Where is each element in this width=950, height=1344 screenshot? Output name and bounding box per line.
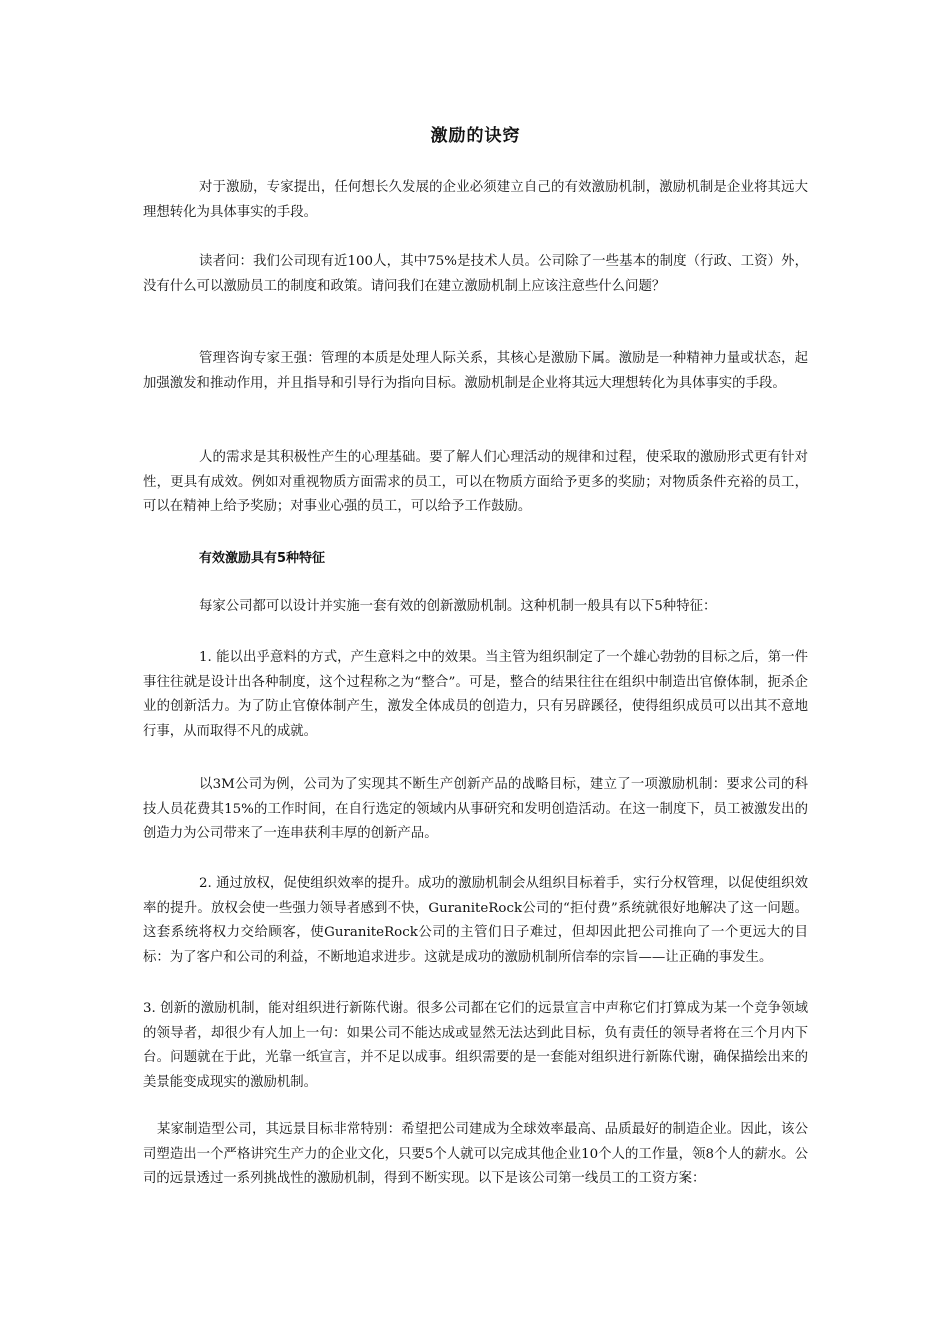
section-heading: 有效激励具有5种特征	[199, 548, 325, 570]
paragraph-reader-question: 读者问：我们公司现有近100人，其中75%是技术人员。公司除了一些基本的制度（行…	[143, 250, 808, 299]
document-title: 激励的诀窍	[143, 124, 808, 148]
paragraph-feature-2: 2. 通过放权，促使组织效率的提升。成功的激励机制会从组织目标着手，实行分权管理…	[143, 872, 808, 970]
paragraph-feature-1: 1. 能以出乎意料的方式，产生意料之中的效果。当主管为组织制定了一个雄心勃勃的目…	[143, 646, 808, 744]
paragraph-3m-example: 以3M公司为例，公司为了实现其不断生产创新产品的战略目标，建立了一项激励机制：要…	[143, 773, 808, 847]
paragraph-expert-answer: 管理咨询专家王强：管理的本质是处理人际关系，其核心是激励下属。激励是一种精神力量…	[143, 347, 808, 396]
paragraph-feature-3: 3. 创新的激励机制，能对组织进行新陈代谢。很多公司都在它们的远景宣言中声称它们…	[143, 997, 808, 1095]
paragraph-five-features: 每家公司都可以设计并实施一套有效的创新激励机制。这种机制一般具有以下5种特征：	[143, 595, 808, 620]
paragraph-intro: 对于激励，专家提出，任何想长久发展的企业必须建立自己的有效激励机制，激励机制是企…	[143, 176, 808, 225]
paragraph-manufacturing-example: 某家制造型公司，其远景目标非常特别：希望把公司建成为全球效率最高、品质最好的制造…	[143, 1118, 808, 1192]
paragraph-needs: 人的需求是其积极性产生的心理基础。要了解人们心理活动的规律和过程，使采取的激励形…	[143, 446, 808, 520]
